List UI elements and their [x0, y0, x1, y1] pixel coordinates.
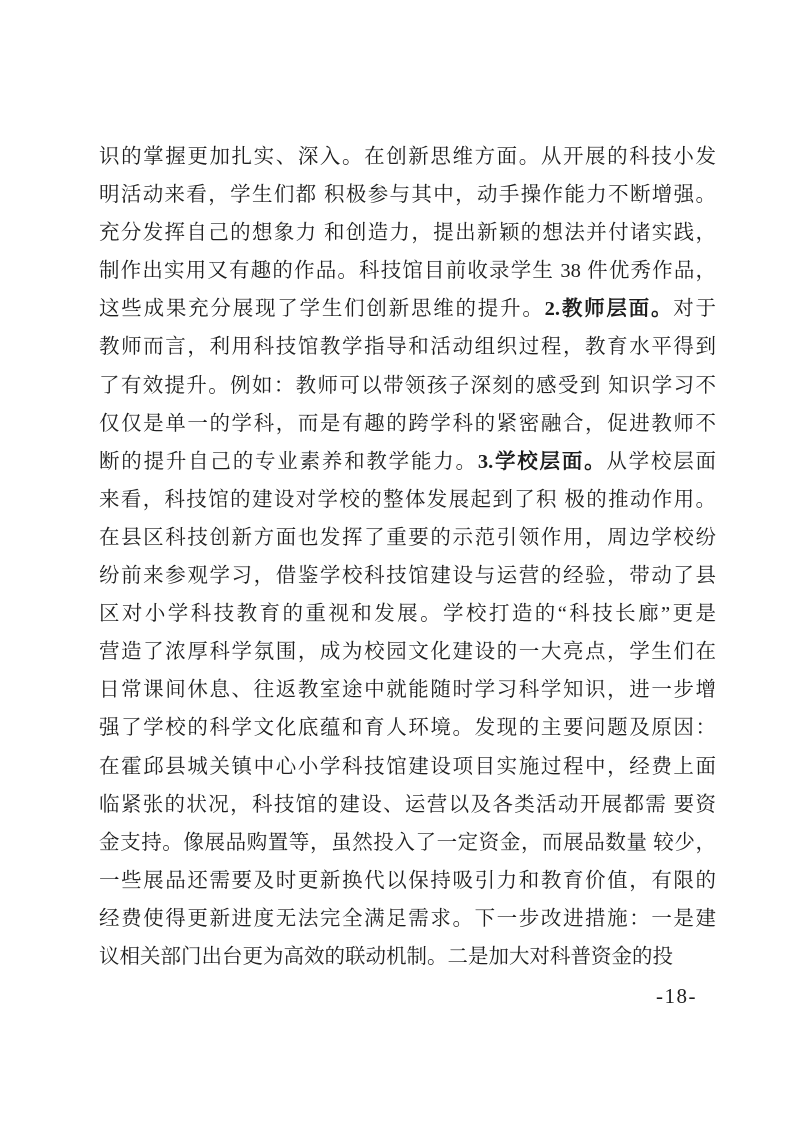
text-segment: 来看，科技馆的建设对学校的整体发展起到了积 极的推动作用。 [99, 489, 716, 511]
text-segment: 这些成果充分展现了学生们创新思维的提升。 [99, 298, 545, 320]
text-segment: 临紧张的状况，科技馆的建设、运营以及各类活动开展都需 要资 [99, 794, 716, 816]
text-line: 识的掌握更加扎实、深入。在创新思维方面。从开展的科技小发 [99, 138, 716, 176]
text-line: 明活动来看，学生们都 积极参与其中，动手操作能力不断增强。 [99, 176, 716, 214]
section-heading: 2.教师层面。 [545, 298, 674, 320]
section-heading: 3.学校层面。 [478, 451, 607, 473]
text-line: 仅仅是单一的学科，而是有趣的跨学科的紧密融合，促进教师不 [99, 405, 716, 443]
text-segment: 在霍邱县城关镇中心小学科技馆建设项目实施过程中，经费上面 [99, 756, 716, 778]
text-line: 金支持。像展品购置等，虽然投入了一定资金，而展品数量 较少， [99, 824, 716, 862]
text-line: 日常课间休息、往返教室途中就能随时学习科学知识，进一步增 [99, 671, 716, 709]
text-segment: 明活动来看，学生们都 积极参与其中，动手操作能力不断增强。 [99, 184, 716, 206]
text-line: 充分发挥自己的想象力 和创造力，提出新颖的想法并付诸实践， [99, 214, 716, 252]
text-line: 在县区科技创新方面也发挥了重要的示范引领作用，周边学校纷 [99, 519, 716, 557]
text-line: 营造了浓厚科学氛围，成为校园文化建设的一大亮点，学生们在 [99, 633, 716, 671]
text-line: 议相关部门出台更为高效的联动机制。二是加大对科普资金的投 [99, 938, 716, 976]
text-segment: 制作出实用又有趣的作品。科技馆目前收录学生 38 件优秀作品， [99, 260, 716, 282]
text-segment: 营造了浓厚科学氛围，成为校园文化建设的一大亮点，学生们在 [99, 641, 716, 663]
document-page: 识的掌握更加扎实、深入。在创新思维方面。从开展的科技小发明活动来看，学生们都 积… [0, 0, 793, 1122]
text-line: 区对小学科技教育的重视和发展。学校打造的“科技长廊”更是 [99, 595, 716, 633]
text-line: 了有效提升。例如：教师可以带领孩子深刻的感受到 知识学习不 [99, 367, 716, 405]
text-segment: 教师而言，利用科技馆教学指导和活动组织过程，教育水平得到 [99, 336, 716, 358]
text-segment: 仅仅是单一的学科，而是有趣的跨学科的紧密融合，促进教师不 [99, 413, 716, 435]
text-segment: 对于 [673, 298, 716, 320]
text-line: 这些成果充分展现了学生们创新思维的提升。2.教师层面。对于 [99, 290, 716, 328]
text-line: 经费使得更新进度无法完全满足需求。下一步改进措施：一是建 [99, 900, 716, 938]
text-line: 来看，科技馆的建设对学校的整体发展起到了积 极的推动作用。 [99, 481, 716, 519]
text-segment: 从学校层面 [606, 451, 716, 473]
text-segment: 在县区科技创新方面也发挥了重要的示范引领作用，周边学校纷 [99, 527, 716, 549]
text-line: 临紧张的状况，科技馆的建设、运营以及各类活动开展都需 要资 [99, 786, 716, 824]
page-number: -18- [99, 984, 697, 1009]
text-line: 断的提升自己的专业素养和教学能力。3.学校层面。从学校层面 [99, 443, 716, 481]
document-body: 识的掌握更加扎实、深入。在创新思维方面。从开展的科技小发明活动来看，学生们都 积… [99, 138, 716, 976]
text-segment: 金支持。像展品购置等，虽然投入了一定资金，而展品数量 较少， [99, 832, 716, 854]
text-segment: 议相关部门出台更为高效的联动机制。二是加大对科普资金的投 [99, 946, 673, 968]
text-segment: 识的掌握更加扎实、深入。在创新思维方面。从开展的科技小发 [99, 146, 716, 168]
text-segment: 纷前来参观学习，借鉴学校科技馆建设与运营的经验，带动了县 [99, 565, 716, 587]
text-segment: 日常课间休息、往返教室途中就能随时学习科学知识，进一步增 [99, 679, 716, 701]
text-segment: 断的提升自己的专业素养和教学能力。 [99, 451, 478, 473]
text-line: 教师而言，利用科技馆教学指导和活动组织过程，教育水平得到 [99, 328, 716, 366]
text-line: 一些展品还需要及时更新换代以保持吸引力和教育价值，有限的 [99, 862, 716, 900]
text-segment: 经费使得更新进度无法完全满足需求。下一步改进措施：一是建 [99, 908, 716, 930]
text-segment: 充分发挥自己的想象力 和创造力，提出新颖的想法并付诸实践， [99, 222, 716, 244]
text-line: 强了学校的科学文化底蕴和育人环境。发现的主要问题及原因： [99, 709, 716, 747]
text-line: 纷前来参观学习，借鉴学校科技馆建设与运营的经验，带动了县 [99, 557, 716, 595]
text-line: 制作出实用又有趣的作品。科技馆目前收录学生 38 件优秀作品， [99, 252, 716, 290]
text-line: 在霍邱县城关镇中心小学科技馆建设项目实施过程中，经费上面 [99, 748, 716, 786]
text-segment: 区对小学科技教育的重视和发展。学校打造的“科技长廊”更是 [99, 603, 716, 625]
text-segment: 一些展品还需要及时更新换代以保持吸引力和教育价值，有限的 [99, 870, 716, 892]
text-segment: 强了学校的科学文化底蕴和育人环境。发现的主要问题及原因： [99, 717, 716, 739]
text-segment: 了有效提升。例如：教师可以带领孩子深刻的感受到 知识学习不 [99, 375, 716, 397]
